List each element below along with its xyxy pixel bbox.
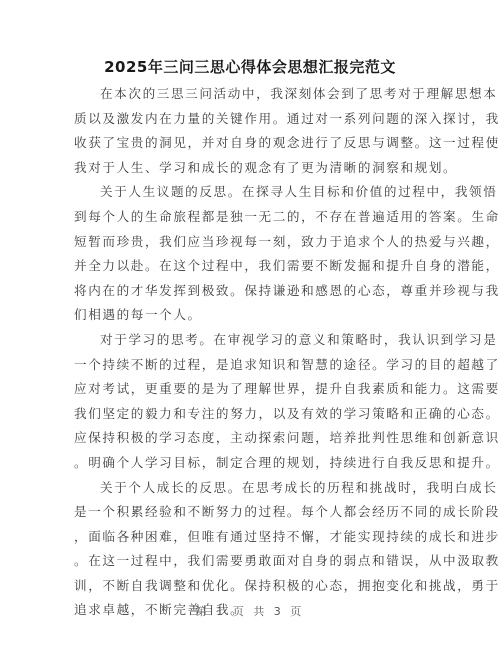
body-line: 关于个人成长的反思。在思考成长的历程和挑战时，我明白成长 xyxy=(74,476,434,501)
body-line: 到每个人的生命旅程都是独一无二的，不存在普遍适用的答案。生命 xyxy=(74,205,434,230)
body-line: 训，不断自我调整和优化。保持积极的心态，拥抱变化和挑战，勇于 xyxy=(74,574,434,599)
body-line: 我对于人生、学习和成长的观念有了更为清晰的洞察和规划。 xyxy=(74,156,434,181)
document-body: 在本次的三思三问活动中，我深刻体会到了思考对于理解思想本 质以及激发内在力量的关… xyxy=(74,82,434,623)
body-line: 是一个积累经验和不断努力的过程。每个人都会经历不同的成长阶段 xyxy=(74,500,434,525)
body-line: 应保持积极的学习态度，主动探索问题，培养批判性思维和创新意识 xyxy=(74,426,434,451)
body-line: 收获了宝贵的洞见，并对自身的观念进行了反思与调整。这一过程使 xyxy=(74,131,434,156)
body-line: 将内在的才华发挥到极致。保持谦逊和感恩的心态，尊重并珍视与我 xyxy=(74,279,434,304)
body-line: 们相遇的每一个人。 xyxy=(74,303,434,328)
body-line: 应对考试，更重要的是为了理解世界，提升自我素质和能力。这需要 xyxy=(74,377,434,402)
body-line: 。在这一过程中，我们需要勇敢面对自身的弱点和错误，从中汲取教 xyxy=(74,549,434,574)
body-line: 关于人生议题的反思。在探寻人生目标和价值的过程中，我领悟 xyxy=(74,180,434,205)
body-line: ，面临各种困难，但唯有通过坚持不懈，才能实现持续的成长和进步 xyxy=(74,525,434,550)
document-title: 2025年三问三思心得体会思想汇报完范文 xyxy=(0,56,500,77)
body-line: 质以及激发内在力量的关键作用。通过对一系列问题的深入探讨，我 xyxy=(74,107,434,132)
body-line: 一个持续不断的过程，是追求知识和智慧的途径。学习的目的超越了 xyxy=(74,353,434,378)
body-line: 在本次的三思三问活动中，我深刻体会到了思考对于理解思想本 xyxy=(74,82,434,107)
body-line: 对于学习的思考。在审视学习的意义和策略时，我认识到学习是 xyxy=(74,328,434,353)
document-page: 2025年三问三思心得体会思想汇报完范文 在本次的三思三问活动中，我深刻体会到了… xyxy=(0,0,500,647)
body-line: 短暂而珍贵，我们应当珍视每一刻，致力于追求个人的热爱与兴趣， xyxy=(74,230,434,255)
page-number-footer: 第 1 页 共 3 页 xyxy=(0,603,500,619)
body-line: 并全力以赴。在这个过程中，我们需要不断发掘和提升自身的潜能， xyxy=(74,254,434,279)
body-line: 。明确个人学习目标，制定合理的规划，持续进行自我反思和提升。 xyxy=(74,451,434,476)
body-line: 我们坚定的毅力和专注的努力，以及有效的学习策略和正确的心态。 xyxy=(74,402,434,427)
